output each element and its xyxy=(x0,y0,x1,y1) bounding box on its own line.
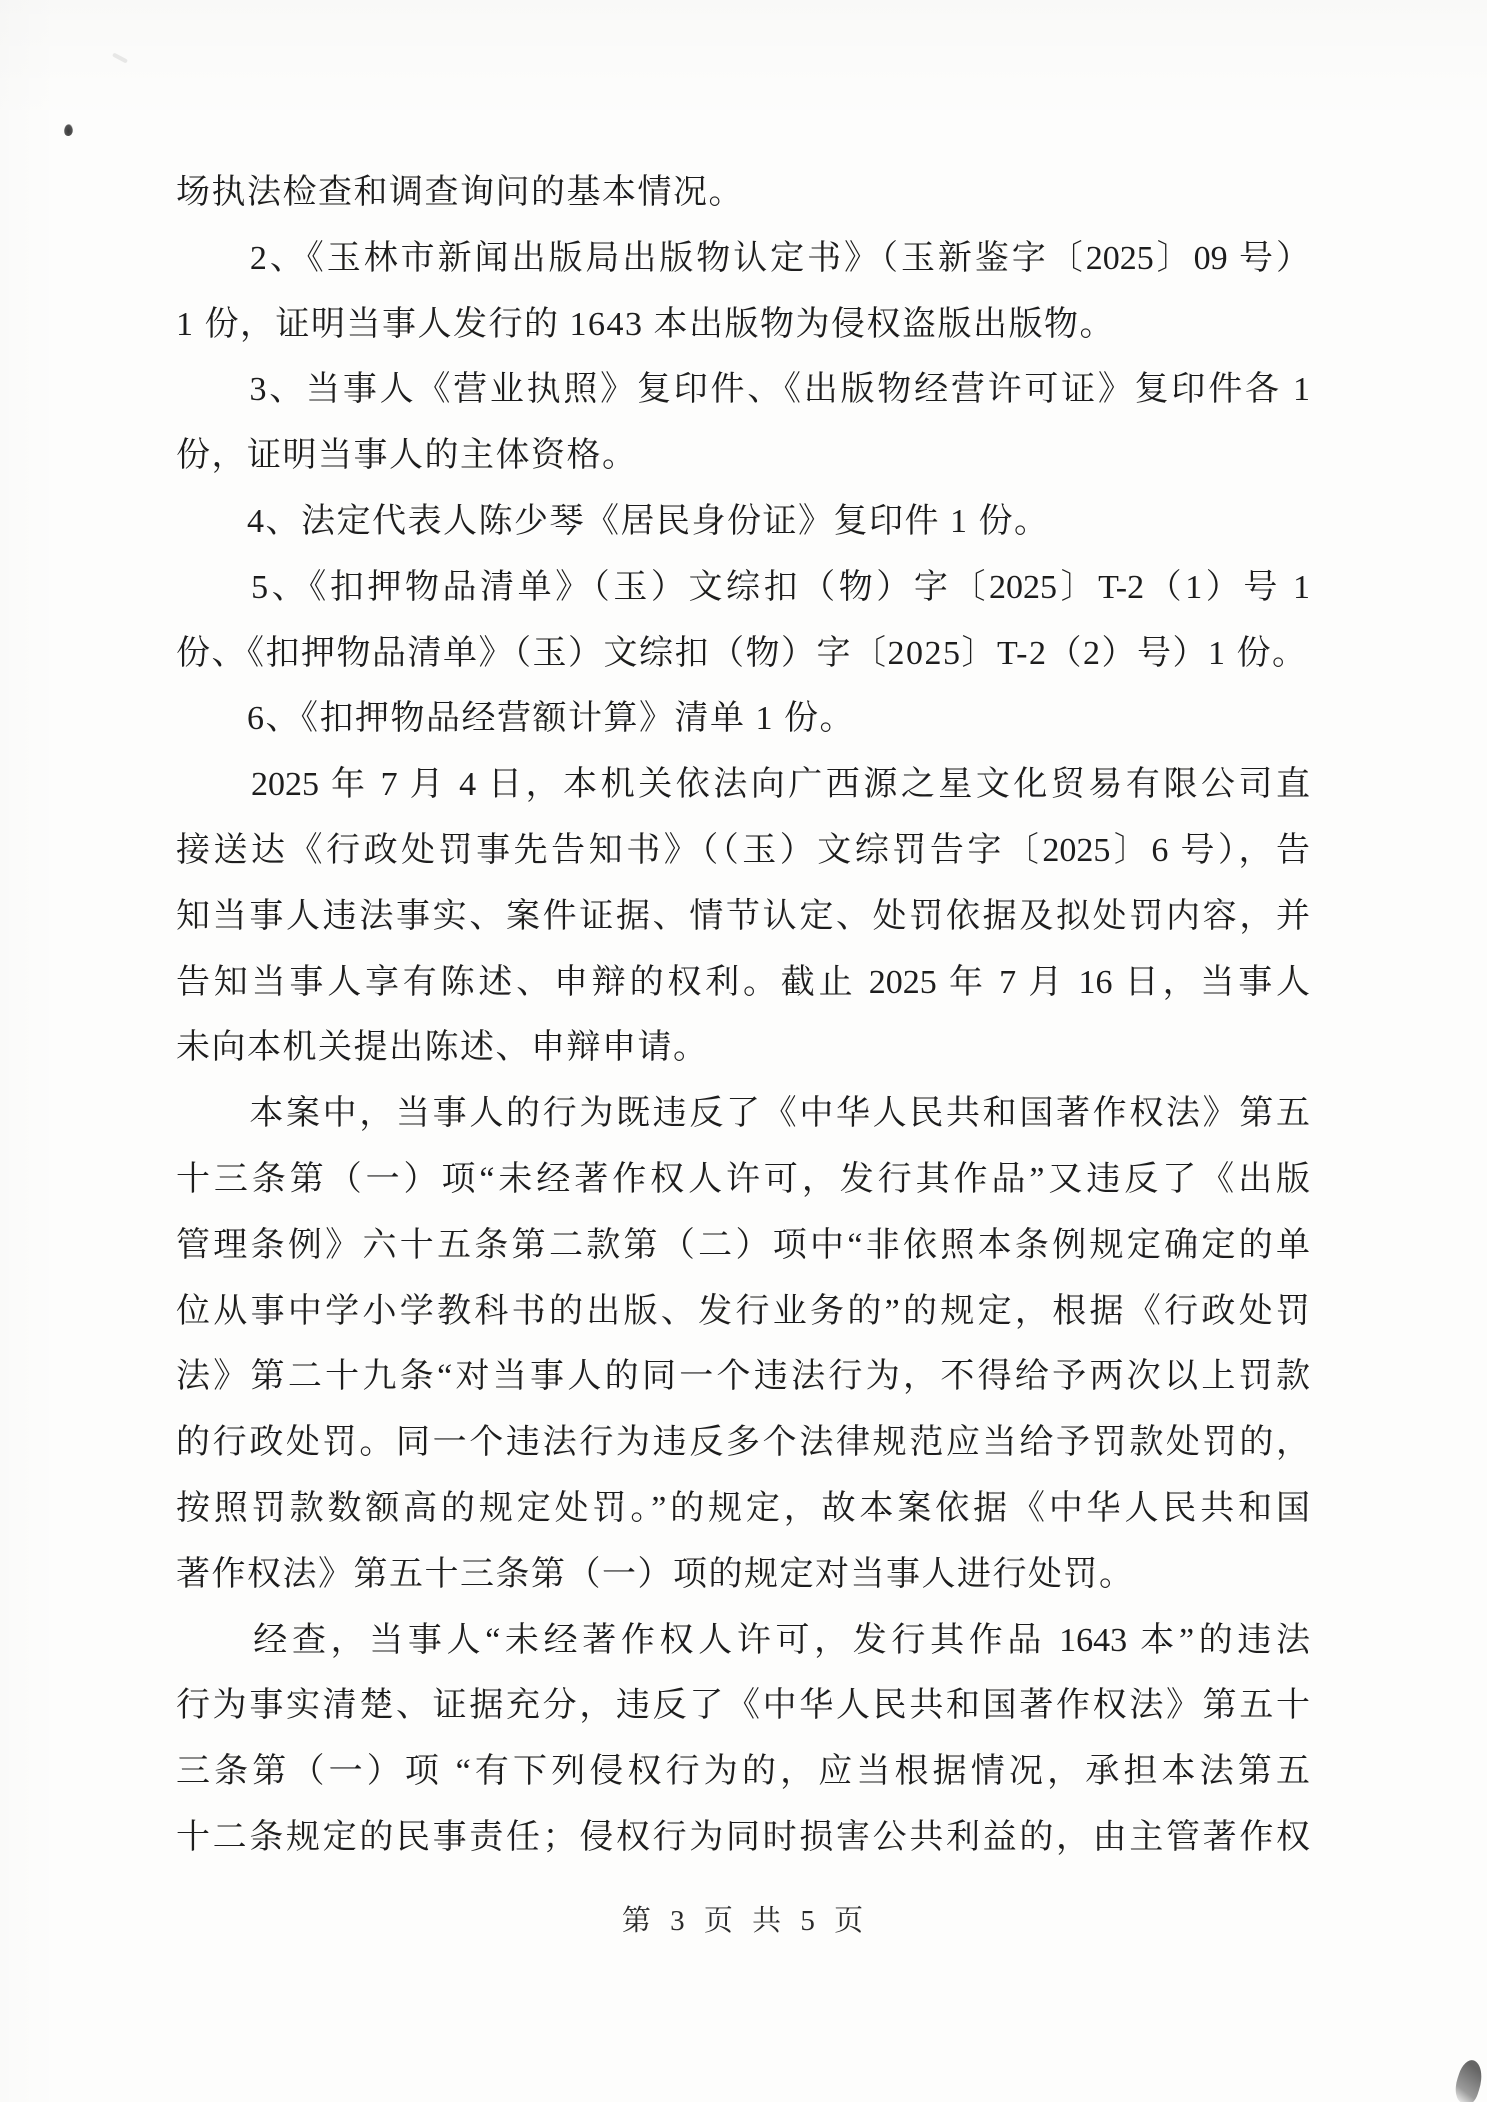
text-line: 告知当事人享有陈述、申辩的权利。截止 2025 年 7 月 16 日，当事人 xyxy=(176,950,1310,1016)
text-line: 三条第（一）项 “有下列侵权行为的，应当根据情况，承担本法第五 xyxy=(176,1739,1310,1805)
text-line: 份，证明当事人的主体资格。 xyxy=(176,423,1310,489)
text-line: 著作权法》第五十三条第（一）项的规定对当事人进行处罚。 xyxy=(176,1542,1310,1608)
ink-speck-artifact xyxy=(64,124,73,136)
text-line: 2、《玉林市新闻出版局出版物认定书》（玉新鉴字〔2025〕09 号） xyxy=(176,226,1310,292)
text-line: 行为事实清楚、证据充分，违反了《中华人民共和国著作权法》第五十 xyxy=(176,1673,1310,1739)
text-line: 1 份，证明当事人发行的 1643 本出版物为侵权盗版出版物。 xyxy=(176,292,1310,358)
document-body: 场执法检查和调查询问的基本情况。 2、《玉林市新闻出版局出版物认定书》（玉新鉴字… xyxy=(176,160,1310,1871)
text-line: 知当事人违法事实、案件证据、情节认定、处罚依据及拟处罚内容，并 xyxy=(176,884,1310,950)
corner-smudge-artifact xyxy=(1451,2057,1487,2102)
text-line: 本案中，当事人的行为既违反了《中华人民共和国著作权法》第五 xyxy=(176,1081,1310,1147)
text-line: 法》第二十九条“对当事人的同一个违法行为，不得给予两次以上罚款 xyxy=(176,1344,1310,1410)
text-line: 管理条例》六十五条第二款第（二）项中“非依照本条例规定确定的单 xyxy=(176,1213,1310,1279)
text-line: 位从事中学小学教科书的出版、发行业务的”的规定，根据《行政处罚 xyxy=(176,1279,1310,1345)
document-page: 场执法检查和调查询问的基本情况。 2、《玉林市新闻出版局出版物认定书》（玉新鉴字… xyxy=(0,0,1487,2102)
text-line: 按照罚款数额高的规定处罚。”的规定，故本案依据《中华人民共和国 xyxy=(176,1476,1310,1542)
text-line: 十二条规定的民事责任；侵权行为同时损害公共利益的，由主管著作权 xyxy=(176,1805,1310,1871)
text-line: 5、《扣押物品清单》（玉）文综扣（物）字〔2025〕T-2（1）号 1 xyxy=(176,555,1310,621)
text-line: 十三条第（一）项“未经著作权人许可，发行其作品”又违反了《出版 xyxy=(176,1147,1310,1213)
text-line: 的行政处罚。同一个违法行为违反多个法律规范应当给予罚款处罚的， xyxy=(176,1410,1310,1476)
page-number: 第 3 页 共 5 页 xyxy=(0,1898,1487,1939)
text-line: 份、《扣押物品清单》（玉）文综扣（物）字〔2025〕T-2（2）号）1 份。 xyxy=(176,621,1310,687)
scan-scratch-artifact xyxy=(112,52,128,63)
text-line: 2025 年 7 月 4 日，本机关依法向广西源之星文化贸易有限公司直 xyxy=(176,752,1310,818)
text-line: 接送达《行政处罚事先告知书》（（玉）文综罚告字〔2025〕6 号），告 xyxy=(176,818,1310,884)
text-line: 3、当事人《营业执照》复印件、《出版物经营许可证》复印件各 1 xyxy=(176,357,1310,423)
text-line: 6、《扣押物品经营额计算》清单 1 份。 xyxy=(176,686,1310,752)
text-line: 场执法检查和调查询问的基本情况。 xyxy=(176,160,1310,226)
text-line: 未向本机关提出陈述、申辩申请。 xyxy=(176,1015,1310,1081)
text-line: 经查，当事人“未经著作权人许可，发行其作品 1643 本”的违法 xyxy=(176,1608,1310,1674)
text-line: 4、法定代表人陈少琴《居民身份证》复印件 1 份。 xyxy=(176,489,1310,555)
